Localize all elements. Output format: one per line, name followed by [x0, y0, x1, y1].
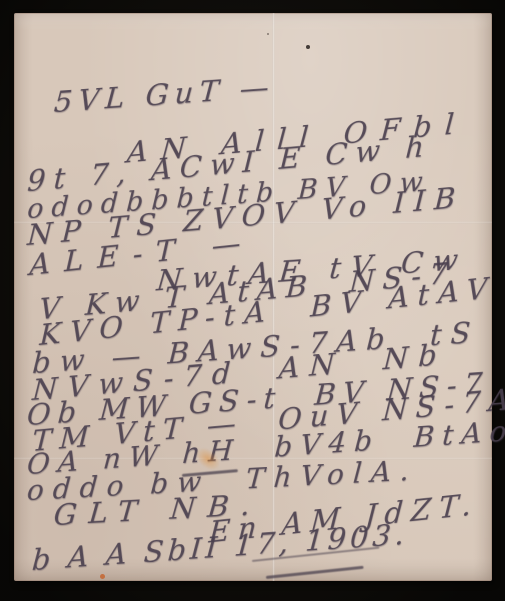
paper-speck: [267, 33, 269, 35]
orange-dot-mark: [100, 574, 105, 579]
paper-speck: [306, 45, 310, 49]
